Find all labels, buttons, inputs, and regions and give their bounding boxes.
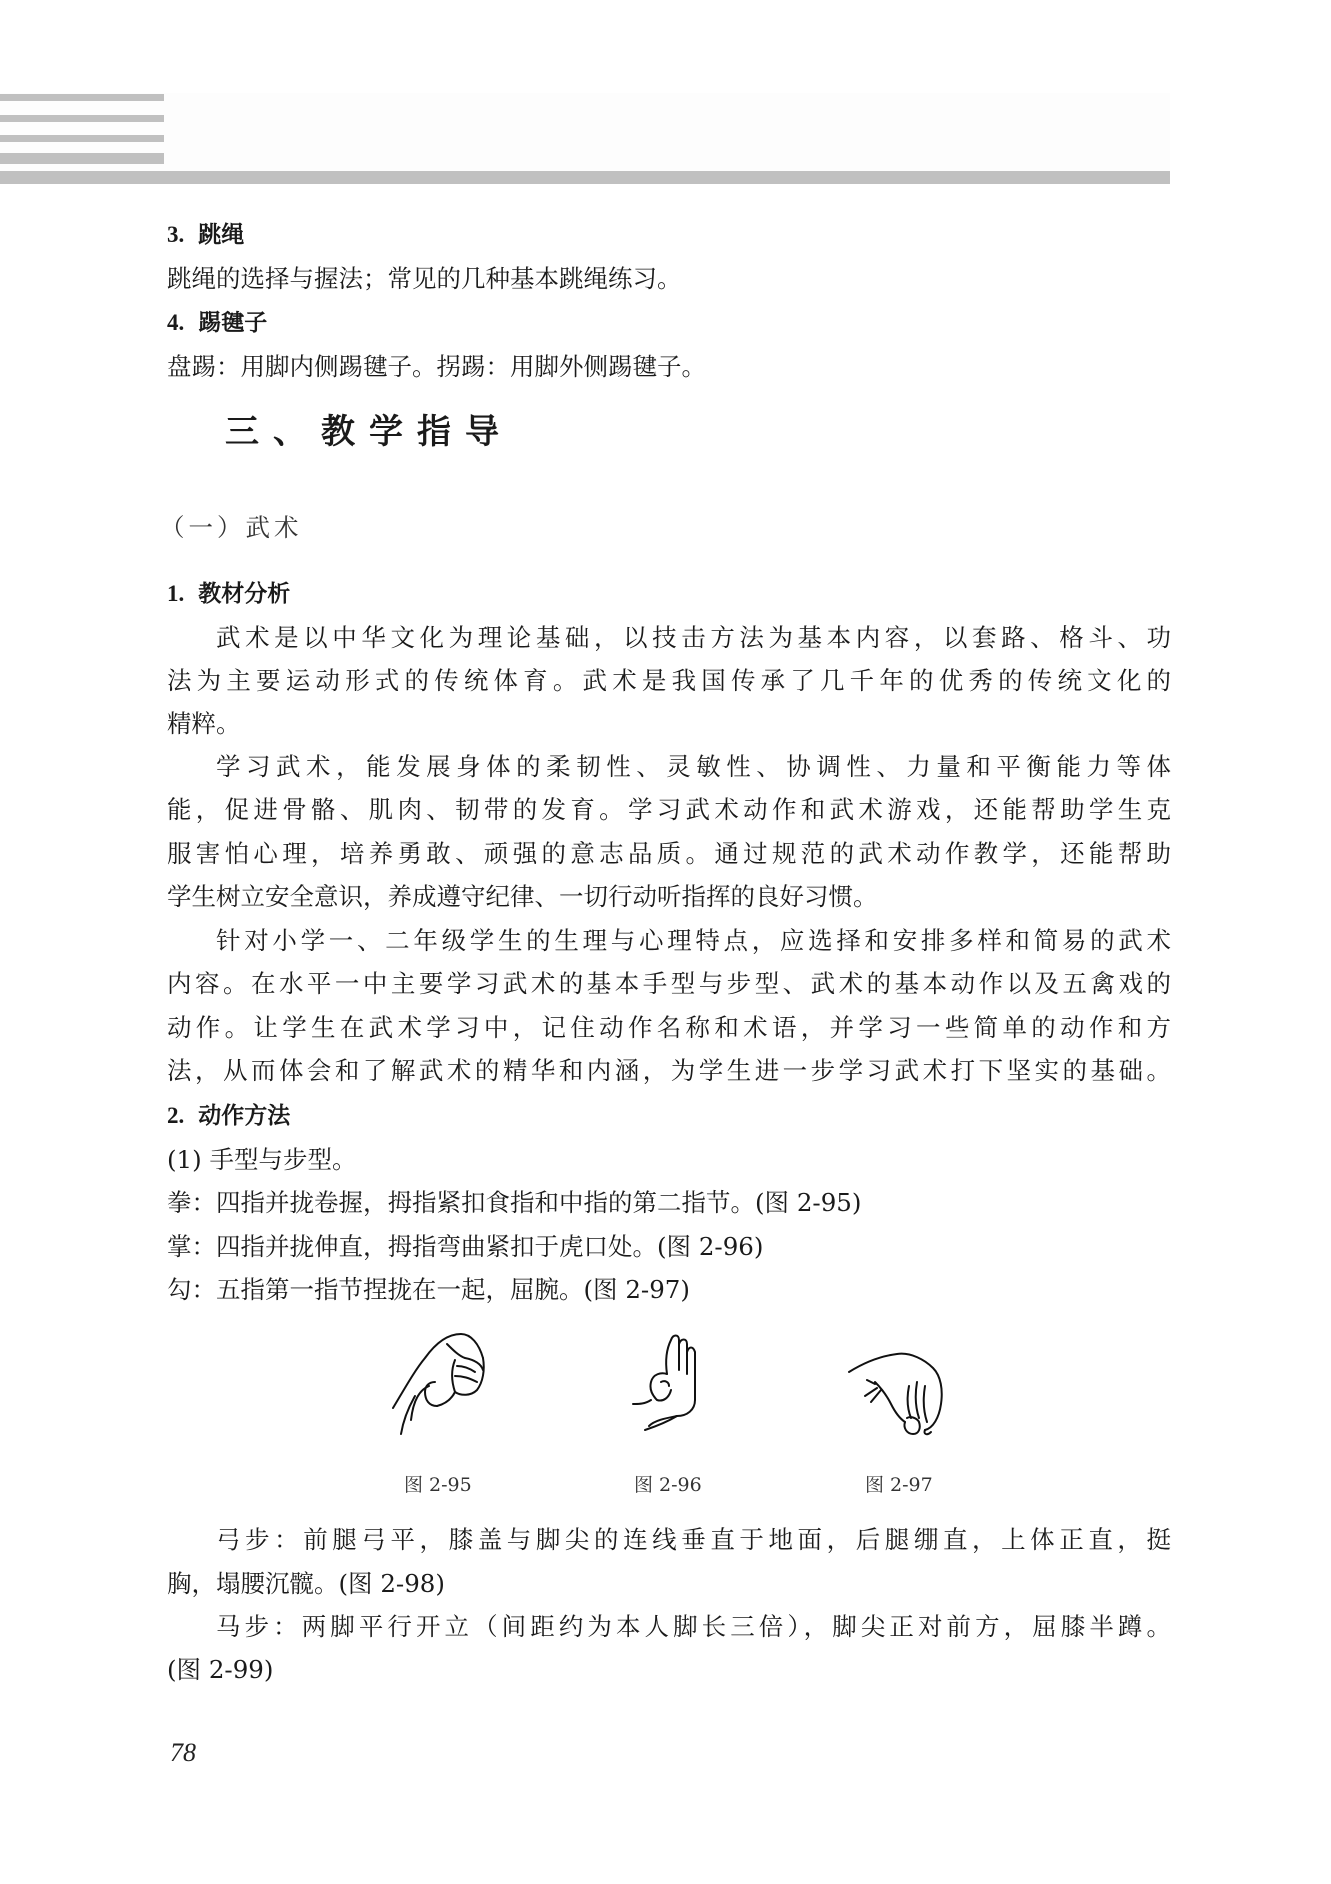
heading-number: 4. — [167, 310, 184, 335]
hook-hand-illustration-icon — [845, 1342, 955, 1446]
header-rule — [0, 171, 1170, 184]
body-text: 跳绳的选择与握法；常见的几种基本跳绳练习。 — [167, 264, 1171, 294]
heading-shuttlecock: 4.踢毽子 — [167, 308, 1171, 338]
stance-bow-line: 弓步：前腿弓平，膝盖与脚尖的连线垂直于地面，后腿绷直，上体正直，挺 — [216, 1525, 1171, 1555]
paragraph-line: 内容。在水平一中主要学习武术的基本手型与步型、武术的基本动作以及五禽戏的 — [167, 969, 1171, 999]
heading-number: 3. — [167, 222, 184, 247]
header-stripe — [0, 94, 164, 101]
header-stripe — [0, 135, 164, 142]
paragraph-line: 针对小学一、二年级学生的生理与心理特点，应选择和安排多样和简易的武术 — [216, 926, 1171, 956]
heading-title: 踢毽子 — [198, 310, 267, 336]
header-stripe — [0, 115, 164, 122]
hand-type-palm: 掌：四指并拢伸直，拇指弯曲紧扣于虎口处。(图 2-96) — [167, 1232, 1171, 1262]
paragraph-line: 能，促进骨骼、肌肉、韧带的发育。学习武术动作和武术游戏，还能帮助学生克 — [167, 795, 1171, 825]
heading-title: 教材分析 — [198, 581, 290, 607]
paragraph-line: 法，从而体会和了解武术的精华和内涵，为学生进一步学习武术打下坚实的基础。 — [167, 1056, 1171, 1086]
hand-type-fist: 拳：四指并拢卷握，拇指紧扣食指和中指的第二指节。(图 2-95) — [167, 1188, 1171, 1218]
paragraph-line: 学习武术，能发展身体的柔韧性、灵敏性、协调性、力量和平衡能力等体 — [216, 752, 1171, 782]
heading-title: 动作方法 — [198, 1103, 290, 1129]
heading-number: 1. — [167, 581, 184, 606]
figure-caption: 图 2-96 — [634, 1470, 702, 1497]
heading-method: 2.动作方法 — [167, 1101, 1171, 1131]
stance-horse-line: 马步：两脚平行开立（间距约为本人脚长三倍），脚尖正对前方，屈膝半蹲。 — [216, 1612, 1171, 1642]
stance-bow-line: 胸，塌腰沉髋。(图 2-98) — [167, 1569, 1171, 1599]
page-number: 78 — [170, 1738, 196, 1768]
heading-title: 跳绳 — [198, 222, 244, 248]
heading-jump-rope: 3.跳绳 — [167, 220, 1171, 250]
body-text: 盘踢：用脚内侧踢毽子。拐踢：用脚外侧踢毽子。 — [167, 352, 1171, 382]
paragraph-line: 服害怕心理，培养勇敢、顽强的意志品质。通过规范的武术动作教学，还能帮助 — [167, 839, 1171, 869]
chapter-heading: 三、教学指导 — [225, 412, 513, 452]
paragraph-line: 精粹。 — [167, 709, 1171, 739]
paragraph-line: 动作。让学生在武术学习中，记住动作名称和术语，并学习一些简单的动作和方 — [167, 1013, 1171, 1043]
palm-illustration-icon — [627, 1330, 707, 1444]
hand-type-hook: 勾：五指第一指节捏拢在一起，屈腕。(图 2-97) — [167, 1275, 1171, 1305]
paragraph-line: 武术是以中华文化为理论基础，以技击方法为基本内容，以套路、格斗、功 — [216, 623, 1171, 653]
figure-caption: 图 2-97 — [865, 1470, 933, 1497]
subitem-heading: (1) 手型与步型。 — [167, 1145, 1171, 1175]
paragraph-line: 学生树立安全意识，养成遵守纪律、一切行动听指挥的良好习惯。 — [167, 882, 1171, 912]
header-stripe — [0, 153, 164, 164]
figure-caption: 图 2-95 — [404, 1470, 472, 1497]
fist-illustration-icon — [385, 1330, 495, 1444]
heading-analysis: 1.教材分析 — [167, 579, 1171, 609]
heading-number: 2. — [167, 1103, 184, 1128]
paragraph-line: 法为主要运动形式的传统体育。武术是我国传承了几千年的优秀的传统文化的 — [167, 666, 1171, 696]
subsection-heading: （一）武术 — [160, 513, 1164, 543]
stance-horse-line: (图 2-99) — [167, 1655, 1171, 1685]
header-band — [0, 93, 1170, 171]
